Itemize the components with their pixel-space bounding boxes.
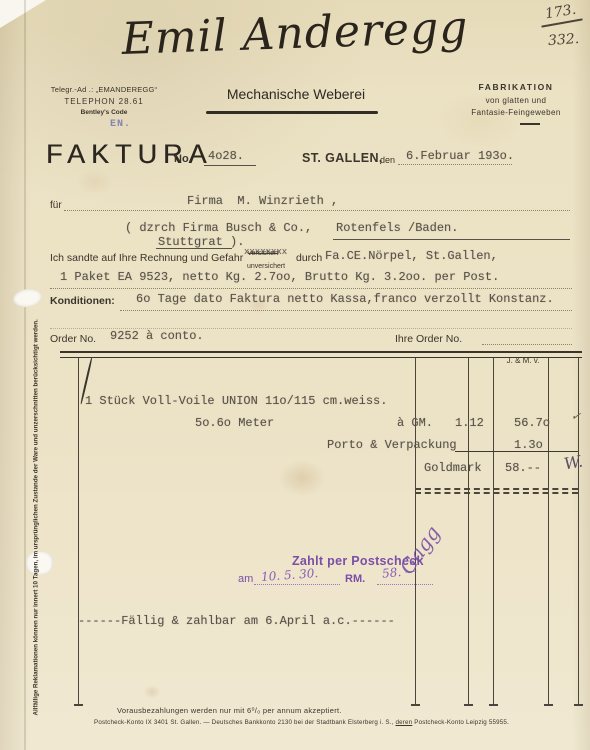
total-value: 58.-- [505,461,541,475]
total-double-rule-1 [415,488,578,490]
fuer-rule [64,210,570,211]
recipient-via1: ( dzrch Firma Busch & Co., [125,221,312,235]
stamp-rule-2 [377,584,433,585]
price-label: à GM. [397,416,433,430]
en-stamp: EN. [110,119,131,130]
column-end-tick [411,704,420,706]
carrier-value: Fa.CE.Nörpel, St.Gallen, [325,249,498,263]
invoice-document: 173. 332. Emil Anderegg Telegr.-Ad .: „E… [0,0,590,750]
telephone: TELEPHON 28.61 [40,97,168,106]
company-logo: Emil Anderegg [84,1,506,67]
bentleys-code: Bentley's Code [40,109,168,116]
stamp-rule-1 [254,584,340,585]
recipient-name: Firma M. Winzrieth , [187,194,338,208]
recipient-city: Rotenfels /Baden. [336,221,458,235]
column-end-tick [574,704,583,706]
item-quantity: 5o.6o Meter [195,416,274,430]
telegram-address: Telegr.-Ad .: „EMANDEREGG“ [40,85,168,94]
city-underline [333,239,570,240]
column-end-tick [544,704,553,706]
hole-punch-bottom [26,551,53,575]
table-line-2 [468,358,469,705]
margin-claims-note: Allfällige Reklamationen können nur inne… [33,346,40,716]
konditionen-rule [120,310,572,311]
table-line-left [78,358,79,705]
fuer-label: für [50,200,62,211]
paid-stamp-rm: RM. [345,573,365,585]
invoice-no-value: 4o28. [208,149,244,163]
fabrication-line2: von glatten und [450,96,582,105]
paid-date-handwritten: 10. 5. 30. [261,566,319,584]
bank-note-deren: deren [396,719,413,726]
package-rule [50,288,572,289]
strike-x-overlay: xxxxxxxx [244,247,287,257]
handwritten-initial: W. [562,452,584,474]
fabrication-line1: FABRIKATION [450,82,582,92]
due-line: ------Fällig & zahlbar am 6.April a.c.--… [78,614,395,628]
uninsured-word: unversichert [247,263,285,270]
column-end-tick [464,704,473,706]
konditionen-value: 6o Tage dato Faktura netto Kassa,franco … [136,292,554,306]
company-subtitle: Mechanische Weberei [216,86,376,102]
den-label: den [380,155,395,165]
order-label: Order No. [50,333,96,345]
bank-note-a: Postcheck-Konto IX 3401 St. Gallen. — De… [94,719,396,726]
ihre-order-rule [482,344,572,345]
contact-block: Telegr.-Ad .: „EMANDEREGG“ TELEPHON 28.6… [40,85,168,116]
konditionen-label: Konditionen: [50,295,115,307]
place-label: ST. GALLEN, [302,151,383,165]
item-line: 1 Stück Voll-Voile UNION 11o/115 cm.weis… [85,394,387,408]
handwritten-number-bottom: 332. [547,31,579,49]
date-underline [398,164,512,165]
durch-label: durch [296,252,322,264]
sent-label: Ich sandte auf Ihre Rechnung und Gefahr [50,252,243,264]
price-value: 1.12 [455,416,484,430]
order-value: 9252 à conto. [110,329,204,343]
fabrication-dash [520,123,540,125]
bank-note: Postcheck-Konto IX 3401 St. Gallen. — De… [94,719,509,726]
torn-corner [0,0,46,28]
fabrication-block: FABRIKATION von glatten und Fantasie-Fei… [450,82,582,117]
table-line-1 [415,358,416,705]
paid-stamp-am: am [238,573,253,585]
hole-punch-top [12,287,43,309]
amount-2: 1.3o [514,438,543,452]
signature: Gagg [395,521,445,579]
subtotal-rule [455,451,578,452]
invoice-date: 6.Februar 193o. [406,149,514,163]
package-line: 1 Paket EA 9523, netto Kg. 2.7oo, Brutto… [60,270,499,284]
table-line-4 [548,358,549,705]
total-double-rule-2 [415,492,578,494]
porto-label: Porto & Verpackung [327,438,457,452]
prepay-note: Vorausbezahlungen werden nur mit 6⁰/₀ pe… [117,706,342,715]
bank-note-b: Postcheck-Konto Leipzig 55955. [412,719,509,726]
ihre-order-label: Ihre Order No. [395,333,462,345]
total-label: Goldmark [424,461,482,475]
recipient-via2: Stuttgrat ). [158,235,244,249]
column-end-tick [74,704,83,706]
left-crease [24,0,26,750]
via2-underline [156,248,232,249]
invoice-no-underline [204,165,256,166]
fabrication-line3: Fantasie-Feingeweben [450,108,582,117]
invoice-no-label: No. [174,153,192,165]
check-mark: ✓ [570,408,582,423]
subtitle-rule [206,111,378,114]
amount-1: 56.7o [514,416,550,430]
table-line-3 [493,358,494,705]
column-end-tick [489,704,498,706]
table-col-header: J. & M. v. [494,356,552,365]
